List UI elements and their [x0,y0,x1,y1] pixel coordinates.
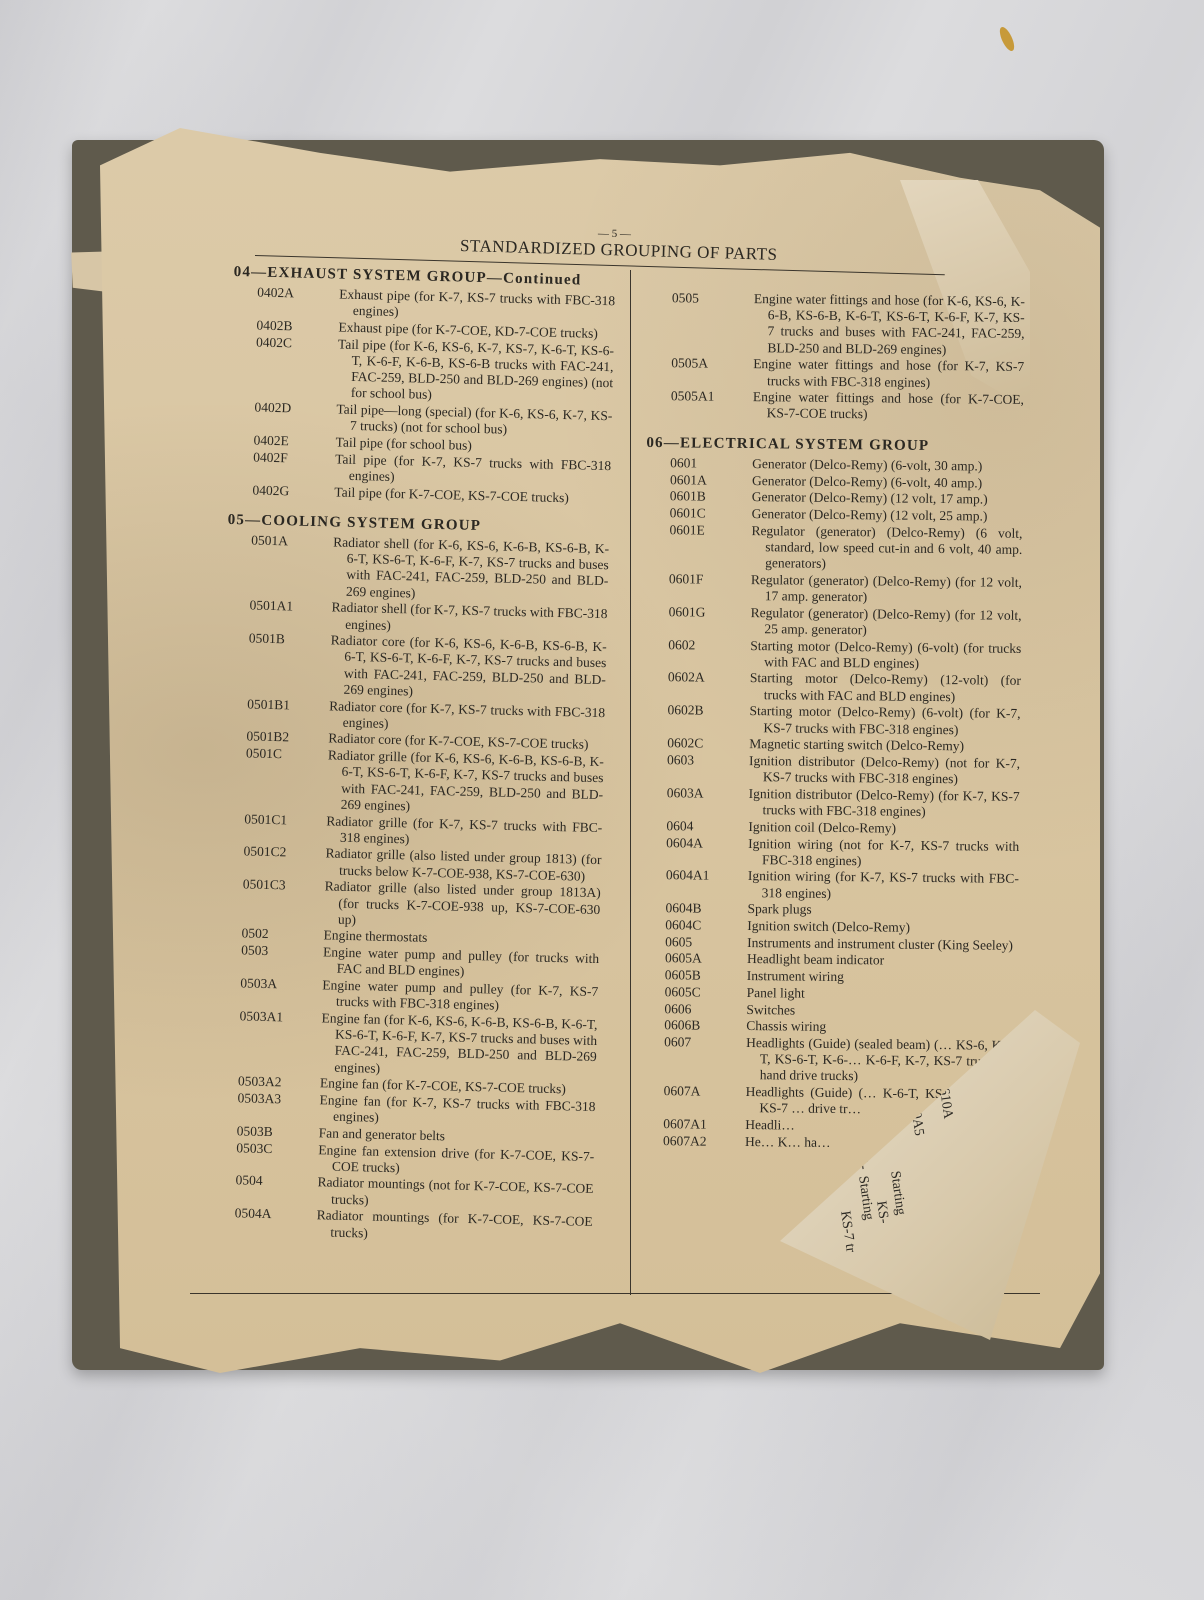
part-code: 0501B [225,630,317,697]
part-code: 0604A1 [644,867,734,900]
part-code: 0501C2 [221,843,312,878]
part-description: Regulator (generator) (Delco-Remy) (for … [751,572,1022,607]
part-code: 0503A2 [216,1073,306,1091]
part-code: 0607A2 [641,1133,731,1150]
part-code: 0601F [647,571,737,604]
part-entry: 0602Starting motor (Delco-Remy) (6-volt)… [646,637,1021,673]
part-code: 0601B [648,488,738,505]
part-description: Ignition distributor (Delco-Remy) (for K… [748,786,1019,821]
part-description: Radiator mountings (for K-7-COE, KS-7-CO… [316,1208,593,1247]
part-code: 0505A [649,355,739,388]
part-entry: 0603AIgnition distributor (Delco-Remy) (… [644,785,1019,821]
fold-fragment: Starting [886,1170,908,1216]
column-divider [630,270,631,1295]
part-entry: 0501CRadiator grille (for K-6, KS-6, K-6… [223,745,604,819]
part-code: 0601 [648,455,738,472]
part-code: 0402A [235,284,326,319]
part-code: 0402E [231,432,321,450]
part-entry: 0503A1Engine fan (for K-6, KS-6, K-6-B, … [216,1008,597,1082]
part-description: Radiator grille (also listed under group… [324,879,601,934]
part-description: Regulator (generator) (Delco-Remy) (for … [750,605,1021,640]
part-code: 0503A [218,975,309,1010]
part-code: 0601A [648,472,738,489]
part-entry: 0602AStarting motor (Delco-Remy) (12-vol… [646,669,1021,705]
part-entry: 0601GRegulator (generator) (Delco-Remy) … [646,604,1021,640]
part-description: Starting motor (Delco-Remy) (6-volt) (fo… [750,638,1021,673]
part-code: 0504A [212,1205,303,1240]
part-description: Radiator shell (for K-6, KS-6, K-6-B, KS… [332,535,610,607]
part-entry: 0603Ignition distributor (Delco-Remy) (n… [645,752,1020,788]
part-description: Radiator grille (for K-6, KS-6, K-6-B, K… [327,748,605,820]
part-description: Tail pipe (for K-6, KS-6, K-7, KS-7, K-6… [337,336,615,408]
part-code: 0601E [647,522,738,572]
part-code: 0606 [642,1000,732,1017]
part-code: 0501C1 [222,810,313,845]
part-code: 0602C [645,735,735,752]
part-entry: 0601FRegulator (generator) (Delco-Remy) … [647,571,1022,607]
part-code: 0503 [219,942,310,977]
part-code: 0501B1 [225,695,316,730]
part-code: 0501A1 [227,597,318,632]
part-code: 0605B [643,967,733,984]
part-code: 0607A [641,1083,731,1116]
part-code: 0402C [233,334,325,401]
part-entry: 0604A1Ignition wiring (for K-7, KS-7 tru… [644,867,1019,903]
part-description: Engine water fittings and hose (for K-7,… [753,356,1024,391]
part-code: 0602 [646,637,736,670]
part-code: 0501C [223,745,315,812]
part-code: 0605A [643,950,733,967]
part-code: 0607A1 [641,1116,731,1133]
part-code: 0402B [234,317,324,335]
part-description: Ignition wiring (not for K-7, KS-7 truck… [748,836,1019,871]
part-entry: 0604AIgnition wiring (not for K-7, KS-7 … [644,834,1019,870]
part-code: 0601C [648,505,738,522]
part-code: 0402G [230,482,320,500]
part-code: 0502 [219,925,309,943]
part-code: 0505 [649,290,740,356]
part-code: 0504 [213,1172,304,1207]
part-code: 0606B [642,1017,732,1034]
fold-fragment: KS-7 tr [836,1210,858,1253]
part-code: 0604B [643,900,733,917]
part-entry: 0505A1Engine water fittings and hose (fo… [649,388,1024,424]
part-code: 0604 [644,818,734,835]
part-description: Starting motor (Delco-Remy) (12-volt) (f… [750,671,1021,706]
part-entry: 0601ERegulator (generator) (Delco-Remy) … [647,522,1022,575]
part-code: 0503C [214,1139,305,1174]
part-description: Engine water fittings and hose (for K-7-… [753,389,1024,424]
part-code: 0501A [228,532,320,599]
part-entry: 0402CTail pipe (for K-6, KS-6, K-7, KS-7… [233,334,614,408]
part-description: Radiator core (for K-6, KS-6, K-6-B, KS-… [329,633,607,705]
part-code: 0605C [643,984,733,1001]
group-title: 06—ELECTRICAL SYSTEM GROUP [646,435,1023,455]
part-code: 0605 [643,934,733,951]
part-entry: 0501BRadiator core (for K-6, KS-6, K-6-B… [225,630,606,704]
part-description: Ignition distributor (Delco-Remy) (not f… [749,753,1020,788]
part-code: 0505A1 [649,388,739,421]
part-description: Engine fan (for K-6, KS-6, K-6-B, KS-6-B… [320,1010,598,1082]
part-description: Ignition wiring (for K-7, KS-7 trucks wi… [748,868,1019,903]
part-code: 0402F [231,449,322,484]
part-code: 0402D [232,399,323,434]
part-code: 0601G [646,604,736,637]
part-entry: 0501ARadiator shell (for K-6, KS-6, K-6-… [228,532,609,606]
part-description: Engine water fittings and hose (for K-6,… [753,291,1025,359]
part-description: Regulator (generator) (Delco-Remy) (6 vo… [751,523,1022,574]
part-code: 0503A1 [216,1008,308,1075]
left-column: 04—EXHAUST SYSTEM GROUP—Continued0402AEx… [212,262,616,1247]
part-entry: 0501C3Radiator grille (also listed under… [220,876,601,934]
part-code: 0503B [215,1123,305,1141]
part-entry: 0505Engine water fittings and hose (for … [649,290,1025,359]
part-code: 0501C3 [220,876,311,927]
part-code: 0501B2 [224,728,314,746]
part-entry: 0505AEngine water fittings and hose (for… [649,355,1024,391]
fold-fragment: KS- [872,1200,891,1225]
part-code: 0607 [642,1034,733,1084]
part-code: 0603A [644,785,734,818]
part-code: 0602B [645,702,735,735]
part-code: 0602A [646,669,736,702]
part-entry: 0602BStarting motor (Delco-Remy) (6-volt… [645,702,1020,738]
part-code: 0604C [643,917,733,934]
part-code: 0604A [644,834,734,867]
part-description: Starting motor (Delco-Remy) (6-volt) (fo… [749,703,1020,738]
right-column: 0505Engine water fittings and hose (for … [641,290,1025,1153]
part-code: 0503A3 [215,1090,306,1125]
part-code: 0603 [645,752,735,785]
printed-content: — 5 — STANDARDIZED GROUPING OF PARTS 04—… [0,0,1204,1600]
running-head: STANDARDIZED GROUPING OF PARTS [460,236,778,265]
page-number: — 5 — [598,228,631,241]
